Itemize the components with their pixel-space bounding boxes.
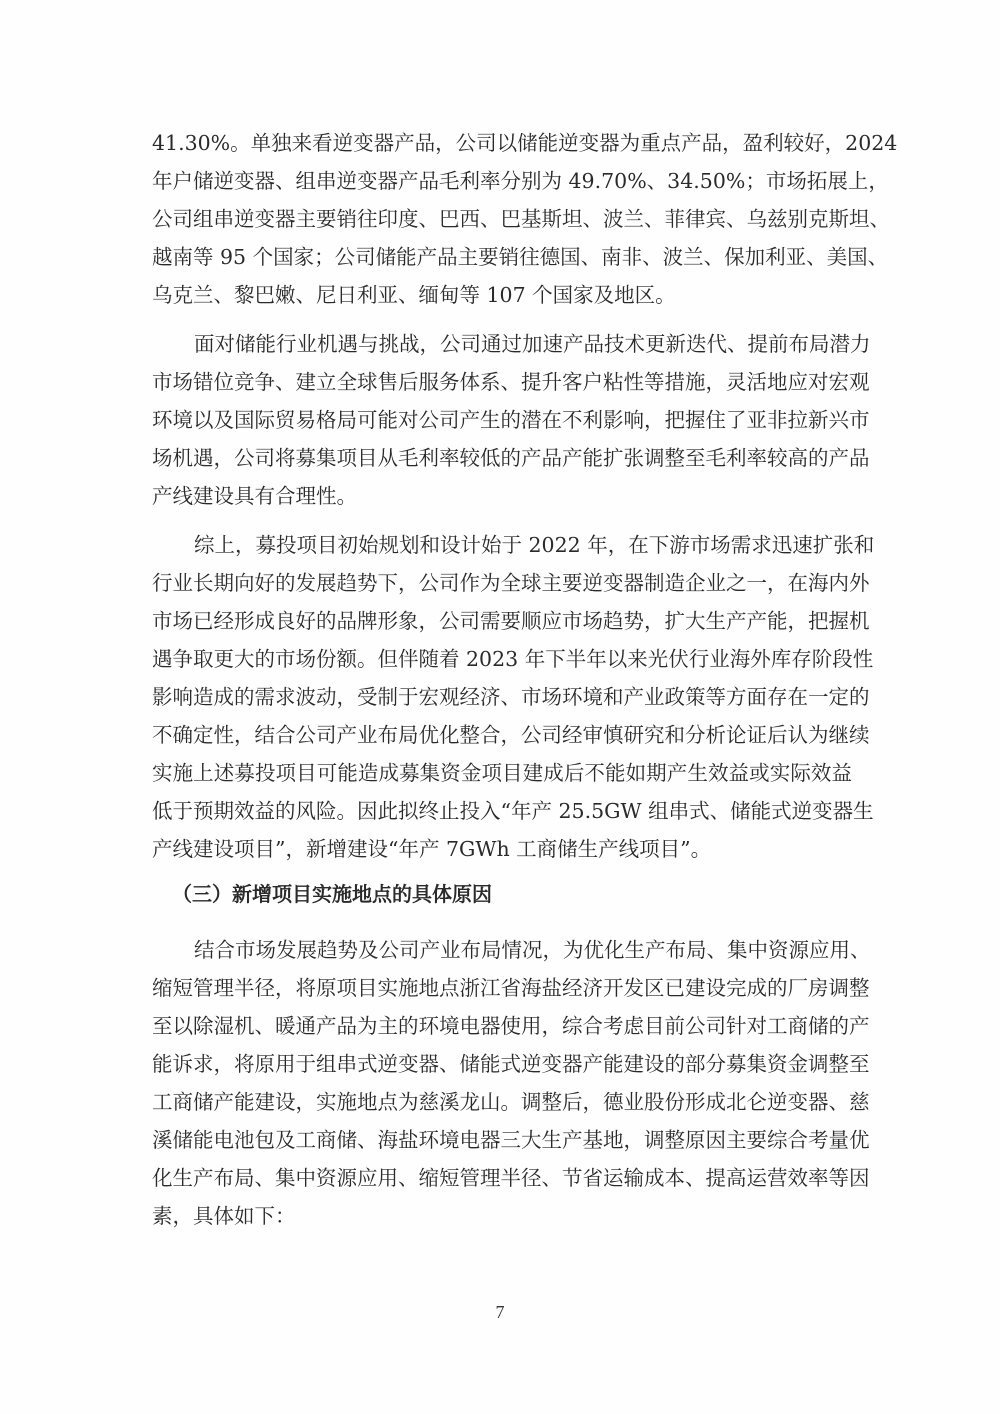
text-line: 环境以及国际贸易格局可能对公司产生的潜在不利影响，把握住了亚非拉新兴市 (152, 401, 852, 439)
text-line: 实施上述募投项目可能造成募集资金项目建成后不能如期产生效益或实际效益 (152, 754, 852, 792)
page-body: 41.30%。单独来看逆变器产品，公司以储能逆变器为重点产品，盈利较好，2024… (152, 124, 852, 1246)
text-line: 41.30%。单独来看逆变器产品，公司以储能逆变器为重点产品，盈利较好，2024 (152, 124, 852, 162)
paragraph-challenges: 面对储能行业机遇与挑战，公司通过加速产品技术更新迭代、提前布局潜力 市场错位竞争… (152, 325, 852, 515)
text-line: 产线建设项目”，新增建设“年产 7GWh 工商储生产线项目”。 (152, 830, 852, 868)
text-line: 能诉求，将原用于组串式逆变器、储能式逆变器产能建设的部分募集资金调整至 (152, 1045, 852, 1083)
text-line: 年户储逆变器、组串逆变器产品毛利率分别为 49.70%、34.50%；市场拓展上… (152, 162, 852, 200)
text-line: 工商储产能建设，实施地点为慈溪龙山。调整后，德业股份形成北仑逆变器、慈 (152, 1083, 852, 1121)
paragraph-location-reason: 结合市场发展趋势及公司产业布局情况，为优化生产布局、集中资源应用、 缩短管理半径… (152, 931, 852, 1235)
text-line: 缩短管理半径，将原项目实施地点浙江省海盐经济开发区已建设完成的厂房调整 (152, 969, 852, 1007)
paragraph-conclusion: 综上，募投项目初始规划和设计始于 2022 年，在下游市场需求迅速扩张和 行业长… (152, 526, 852, 868)
document-page: 41.30%。单独来看逆变器产品，公司以储能逆变器为重点产品，盈利较好，2024… (0, 0, 1000, 1414)
text-line: 行业长期向好的发展趋势下，公司作为全球主要逆变器制造企业之一，在海内外 (152, 564, 852, 602)
text-line: 素，具体如下： (152, 1197, 852, 1235)
text-line: 综上，募投项目初始规划和设计始于 2022 年，在下游市场需求迅速扩张和 (152, 526, 852, 564)
text-line: 低于预期效益的风险。因此拟终止投入“年产 25.5GW 组串式、储能式逆变器生 (152, 792, 852, 830)
text-line: 产线建设具有合理性。 (152, 477, 852, 515)
text-line: 市场已经形成良好的品牌形象，公司需要顺应市场趋势，扩大生产产能，把握机 (152, 602, 852, 640)
text-line: 结合市场发展趋势及公司产业布局情况，为优化生产布局、集中资源应用、 (152, 931, 852, 969)
text-line: 越南等 95 个国家；公司储能产品主要销往德国、南非、波兰、保加利亚、美国、 (152, 238, 852, 276)
text-line: 乌克兰、黎巴嫩、尼日利亚、缅甸等 107 个国家及地区。 (152, 276, 852, 314)
page-number: 7 (0, 1302, 1000, 1323)
text-line: 面对储能行业机遇与挑战，公司通过加速产品技术更新迭代、提前布局潜力 (152, 325, 852, 363)
text-line: 公司组串逆变器主要销往印度、巴西、巴基斯坦、波兰、菲律宾、乌兹别克斯坦、 (152, 200, 852, 238)
paragraph-margin-summary: 41.30%。单独来看逆变器产品，公司以储能逆变器为重点产品，盈利较好，2024… (152, 124, 852, 314)
text-line: 至以除湿机、暖通产品为主的环境电器使用，综合考虑目前公司针对工商储的产 (152, 1007, 852, 1045)
text-line: 场机遇，公司将募集项目从毛利率较低的产品产能扩张调整至毛利率较高的产品 (152, 439, 852, 477)
text-line: 市场错位竞争、建立全球售后服务体系、提升客户粘性等措施，灵活地应对宏观 (152, 363, 852, 401)
text-line: 遇争取更大的市场份额。但伴随着 2023 年下半年以来光伏行业海外库存阶段性 (152, 640, 852, 678)
section-heading: （三）新增项目实施地点的具体原因 (152, 875, 852, 913)
text-line: 不确定性，结合公司产业布局优化整合，公司经审慎研究和分析论证后认为继续 (152, 716, 852, 754)
text-line: 影响造成的需求波动，受制于宏观经济、市场环境和产业政策等方面存在一定的 (152, 678, 852, 716)
text-line: 化生产布局、集中资源应用、缩短管理半径、节省运输成本、提高运营效率等因 (152, 1159, 852, 1197)
text-line: 溪储能电池包及工商储、海盐环境电器三大生产基地，调整原因主要综合考量优 (152, 1121, 852, 1159)
